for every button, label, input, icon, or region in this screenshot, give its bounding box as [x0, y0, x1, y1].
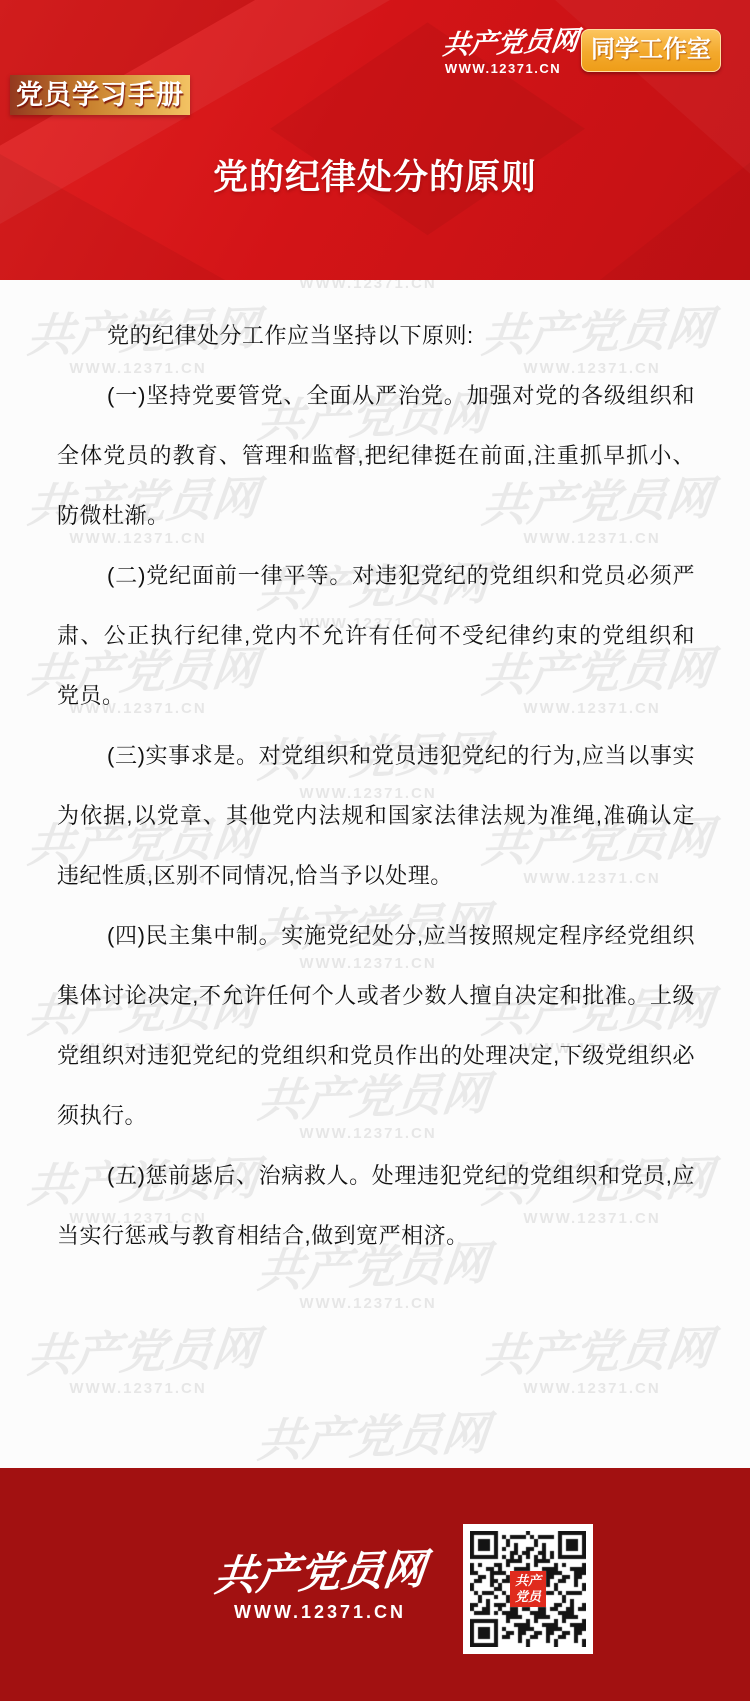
site-url: WWW.12371.CN [443, 61, 563, 76]
text-line: (五)惩前毖后、治病救人。处理违犯党纪的党组织和党员,应 [57, 1146, 695, 1206]
watermark-url: WWW.12371.CN [258, 280, 478, 292]
text-line: (三)实事求是。对党组织和党员违犯党纪的行为,应当以事实 [57, 726, 695, 786]
header-banner: 党员学习手册 共产党员网 WWW.12371.CN 同学工作室 党的纪律处分的原… [0, 0, 750, 280]
watermark: 共产党员网WWW.12371.CN [482, 1328, 702, 1397]
watermark: 共产党员网WWW.12371.CN [28, 1328, 248, 1397]
watermark-url: WWW.12371.CN [28, 1380, 248, 1397]
watermark-logo: 共产党员网 [479, 1324, 705, 1380]
text-line: 集体讨论决定,不允许任何个人或者少数人擅自决定和批准。上级 [57, 966, 695, 1026]
text-line: (二)党纪面前一律平等。对违犯党纪的党组织和党员必须严 [57, 546, 695, 606]
studio-button[interactable]: 同学工作室 [581, 29, 721, 72]
site-brand: 共产党员网 WWW.12371.CN [443, 28, 563, 76]
site-logo-calligraphy: 共产党员网 [441, 26, 565, 60]
qr-code: 共产党员 [463, 1524, 593, 1654]
footer-logo-calligraphy: 共产党员网 [167, 1545, 473, 1601]
text-line: (一)坚持党要管党、全面从严治党。加强对党的各级组织和 [57, 366, 695, 426]
watermark-url: WWW.12371.CN [482, 1380, 702, 1397]
handbook-badge: 党员学习手册 [10, 75, 190, 115]
footer-url: WWW.12371.CN [170, 1602, 470, 1623]
page-title: 党的纪律处分的原则 [0, 150, 750, 200]
text-line: 当实行惩戒与教育相结合,做到宽严相济。 [57, 1206, 695, 1266]
text-line: 肃、公正执行纪律,党内不允许有任何不受纪律约束的党组织和 [57, 606, 695, 666]
text-line: 党员。 [57, 666, 695, 726]
watermark: 共产党员网WWW.12371.CN [258, 1413, 478, 1468]
text-line: 防微杜渐。 [57, 486, 695, 546]
watermark-url: WWW.12371.CN [258, 1295, 478, 1312]
article-body: 共产党员网WWW.12371.CN 共产党员网WWW.12371.CN 共产党员… [0, 280, 750, 1468]
watermark-logo: 共产党员网 [25, 1324, 251, 1380]
watermark: 共产党员网WWW.12371.CN [258, 280, 478, 292]
qr-center-logo: 共产党员 [510, 1571, 546, 1607]
text-line: 为依据,以党章、其他党内法规和国家法律法规为准绳,准确认定 [57, 786, 695, 846]
poster-page: { "header": { "handbook_badge": "党员学习手册"… [0, 0, 750, 1701]
text-line: 党的纪律处分工作应当坚持以下原则: [57, 306, 695, 366]
footer-brand: 共产党员网 WWW.12371.CN [170, 1550, 470, 1623]
watermark-logo: 共产党员网 [255, 1409, 481, 1465]
footer-banner: 共产党员网 WWW.12371.CN 共产党员 [0, 1468, 750, 1701]
text-line: 党组织对违犯党纪的党组织和党员作出的处理决定,下级党组织必 [57, 1026, 695, 1086]
text-line: 违纪性质,区别不同情况,恰当予以处理。 [57, 846, 695, 906]
text-line: (四)民主集中制。实施党纪处分,应当按照规定程序经党组织 [57, 906, 695, 966]
text-line: 全体党员的教育、管理和监督,把纪律挺在前面,注重抓早抓小、 [57, 426, 695, 486]
text-line: 须执行。 [57, 1086, 695, 1146]
article-text: 党的纪律处分工作应当坚持以下原则: (一)坚持党要管党、全面从严治党。加强对党的… [57, 306, 695, 1266]
